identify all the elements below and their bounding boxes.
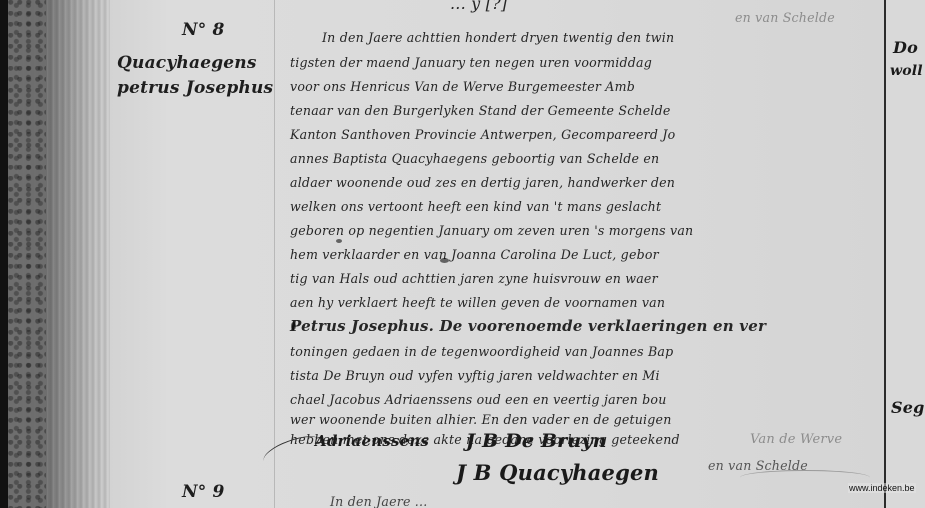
ink-blot bbox=[336, 239, 342, 243]
adjacent-fragment: Do bbox=[893, 38, 918, 57]
ink-blot bbox=[291, 322, 296, 330]
record-line: Kanton Santhoven Provincie Antwerpen, Ge… bbox=[290, 127, 675, 142]
next-record-line: In den Jaere ... bbox=[330, 494, 427, 508]
record-line: tenaar van den Burgerlyken Stand der Gem… bbox=[290, 103, 671, 118]
margin-rule bbox=[274, 0, 275, 508]
record-line: welken ons vertoont heeft een kind van '… bbox=[290, 199, 661, 214]
record-line: tig van Hals oud achttien jaren zyne hui… bbox=[290, 271, 658, 286]
record-line: aldaer woonende oud zes en dertig jaren,… bbox=[290, 175, 675, 190]
signature-witness-adriaenssens: Adriaenssens bbox=[315, 432, 429, 450]
margin-given-names: petrus Josephus bbox=[117, 78, 273, 98]
binding-edge bbox=[0, 0, 8, 508]
entry-number-next: N° 9 bbox=[182, 482, 225, 502]
top-fragment: ... y [?] bbox=[450, 0, 507, 13]
margin-surname: Quacyhaegens bbox=[117, 53, 257, 73]
adjacent-fragment: Seg bbox=[891, 398, 925, 417]
signature-father: J B Quacyhaegen bbox=[456, 460, 659, 485]
record-line: annes Baptista Quacyhaegens geboortig va… bbox=[290, 151, 659, 166]
adjacent-fragment: woll bbox=[890, 63, 923, 79]
signature-official: Van de Werve bbox=[750, 432, 842, 447]
ink-blot bbox=[440, 258, 449, 263]
record-line: geboren op negentien January om zeven ur… bbox=[290, 223, 693, 238]
record-line-child-name: Petrus Josephus. De voorenoemde verklaer… bbox=[290, 317, 766, 335]
record-line: tigsten der maend January ten negen uren… bbox=[290, 55, 652, 70]
watermark: www.indeken.be bbox=[848, 483, 916, 493]
top-faint-signature: en van Schelde bbox=[735, 10, 835, 25]
signature-witness-de-bruyn: J B De Bruyn bbox=[466, 430, 607, 452]
register-scan: ... y [?] en van Schelde N° 8 Quacyhaege… bbox=[0, 0, 925, 508]
record-line: tista De Bruyn oud vyfen vyftig jaren ve… bbox=[290, 368, 660, 383]
record-line: wer woonende buiten alhier. En den vader… bbox=[290, 412, 672, 427]
record-line: In den Jaere achttien hondert dryen twen… bbox=[322, 30, 674, 45]
record-line: chael Jacobus Adriaenssens oud een en ve… bbox=[290, 392, 667, 407]
marbled-binding-pattern bbox=[8, 0, 46, 508]
record-line: toningen gedaen in de tegenwoordigheid v… bbox=[290, 344, 673, 359]
record-line: hem verklaarder en van Joanna Carolina D… bbox=[290, 247, 659, 262]
record-line: aen hy verklaert heeft te willen geven d… bbox=[290, 295, 665, 310]
entry-number: N° 8 bbox=[182, 20, 225, 40]
record-line: voor ons Henricus Van de Werve Burgemees… bbox=[290, 79, 635, 94]
